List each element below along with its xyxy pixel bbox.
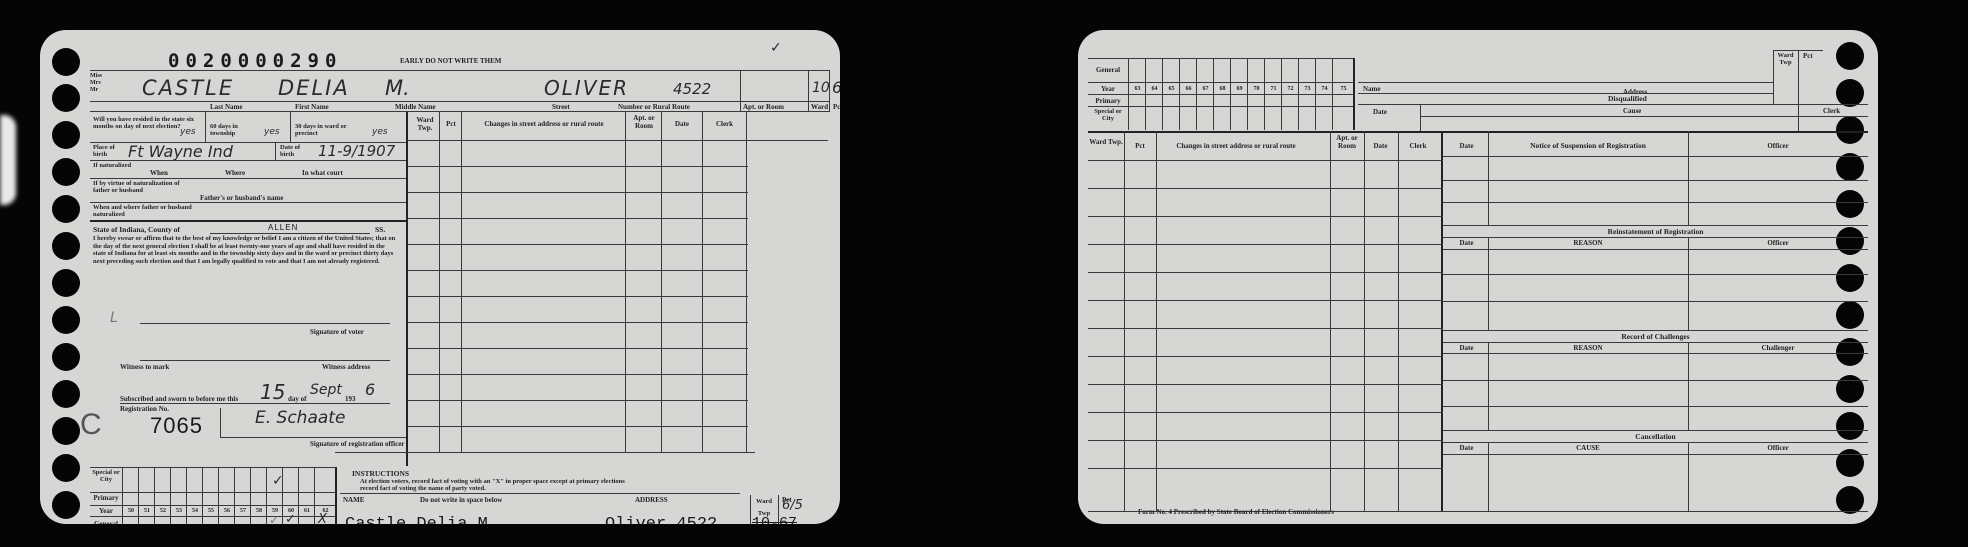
change-header-pct: Pct bbox=[440, 120, 462, 128]
year-column: 74 bbox=[1315, 58, 1333, 130]
residency-state-answer: yes bbox=[180, 127, 196, 137]
punch-hole bbox=[1836, 79, 1864, 107]
subscribed-month: Sept bbox=[310, 382, 342, 398]
year-column: 65 bbox=[1162, 58, 1180, 130]
year-column: 70 bbox=[1247, 58, 1265, 130]
divider bbox=[1358, 82, 1773, 83]
grid-label-special: Special or City bbox=[1088, 108, 1128, 122]
suspension-header-date: Date bbox=[1445, 142, 1488, 150]
punch-hole bbox=[52, 491, 80, 519]
year-column: 51 bbox=[138, 467, 155, 524]
instructions-title: INSTRUCTIONS bbox=[352, 470, 409, 478]
divider bbox=[1488, 237, 1489, 330]
grid-label-year: Year bbox=[90, 507, 122, 515]
cancellation-title: Cancellation bbox=[1443, 433, 1868, 441]
cancellation-header-date: Date bbox=[1445, 444, 1488, 452]
divider bbox=[90, 220, 406, 222]
year-label: 72 bbox=[1282, 85, 1299, 93]
reinstatement-header-date: Date bbox=[1445, 239, 1488, 247]
year-column: 53 bbox=[170, 467, 187, 524]
ward-value: 10 bbox=[812, 80, 830, 96]
divider bbox=[1488, 131, 1489, 225]
vote-mark-special-59: ✓ bbox=[272, 473, 284, 489]
year-column: 58 bbox=[250, 467, 267, 524]
date-of-birth-label: Date of birth bbox=[280, 144, 310, 158]
punch-hole bbox=[1836, 153, 1864, 181]
divider bbox=[275, 142, 276, 160]
father-name-label: Father's or husband's name bbox=[200, 194, 283, 202]
year-label: 67 bbox=[1197, 85, 1214, 93]
row-line bbox=[408, 322, 748, 323]
grid-label-year: Year bbox=[1088, 85, 1128, 93]
county-value: ALLEN bbox=[268, 223, 298, 232]
header-apt: Apt. or Room bbox=[743, 103, 784, 111]
challenges-header-reason: REASON bbox=[1488, 344, 1688, 352]
naturalized-label: If naturalized bbox=[93, 162, 133, 169]
reinstatement-header-officer: Officer bbox=[1688, 239, 1868, 247]
divider bbox=[1773, 50, 1823, 51]
year-column: 73 bbox=[1298, 58, 1316, 130]
divider bbox=[746, 112, 747, 452]
row-line bbox=[1088, 300, 1443, 301]
row-line bbox=[408, 374, 748, 375]
reinstatement-title: Reinstatement of Registration bbox=[1443, 228, 1868, 236]
change-header-address: Changes in street address or rural route bbox=[1156, 142, 1316, 150]
year-column: 55 bbox=[202, 467, 219, 524]
year-label: 63 bbox=[1129, 85, 1146, 93]
row-line bbox=[1088, 244, 1443, 245]
row-line bbox=[1443, 442, 1868, 443]
change-header-apt: Apt. or Room bbox=[1330, 134, 1364, 150]
punch-hole bbox=[1836, 42, 1864, 70]
residency-township-answer: yes bbox=[264, 127, 280, 137]
year-label: 70 bbox=[1248, 85, 1265, 93]
salutation-mr: Mr bbox=[90, 87, 102, 94]
divider bbox=[439, 112, 440, 452]
punch-hole bbox=[1836, 486, 1864, 514]
grid-label-general: General bbox=[90, 520, 122, 524]
disq-ward-label: Ward Twp bbox=[1773, 52, 1798, 66]
naturalized-court-label: In what court bbox=[302, 169, 343, 177]
year-label: 52 bbox=[155, 507, 171, 515]
signature-of-voter-label: Signature of voter bbox=[310, 328, 364, 336]
serial-note: EARLY DO NOT WRITE THEM bbox=[400, 57, 501, 65]
row-line bbox=[1443, 380, 1868, 381]
row-line bbox=[408, 140, 828, 141]
witness-line bbox=[140, 360, 390, 361]
row-line bbox=[1088, 412, 1443, 413]
challenges-title: Record of Challenges bbox=[1443, 333, 1868, 341]
punch-hole bbox=[52, 269, 80, 297]
year-label: 64 bbox=[1146, 85, 1163, 93]
row-line bbox=[408, 270, 748, 271]
year-label: 50 bbox=[123, 507, 139, 515]
disq-name-label: Name bbox=[1363, 85, 1381, 93]
punch-hole bbox=[52, 232, 80, 260]
disq-cause-label: Cause bbox=[1623, 107, 1641, 115]
cancellation-header-officer: Officer bbox=[1688, 444, 1868, 452]
year-column: 61 bbox=[298, 467, 315, 524]
header-pct: Pct bbox=[833, 103, 840, 111]
year-label: 51 bbox=[139, 507, 155, 515]
row-line bbox=[1443, 454, 1868, 455]
punch-hole bbox=[52, 121, 80, 149]
subscribed-year-prefix: 193 bbox=[345, 395, 356, 403]
year-label: 53 bbox=[171, 507, 187, 515]
oath-text: I hereby swear or affirm that to the bes… bbox=[93, 235, 398, 265]
row-line bbox=[1443, 301, 1868, 302]
row-line bbox=[1443, 180, 1868, 181]
row-line bbox=[408, 400, 748, 401]
row-line bbox=[1443, 202, 1868, 203]
typed-name: Castle Delia M bbox=[345, 515, 488, 524]
first-name-value: DELIA bbox=[278, 76, 350, 100]
grid-label-general: General bbox=[1088, 66, 1128, 74]
vote-mark-general-62: X bbox=[318, 512, 327, 524]
residency-ward-question: 30 days in ward or precinct bbox=[295, 123, 365, 137]
punch-hole bbox=[52, 84, 80, 112]
year-label: 65 bbox=[1163, 85, 1180, 93]
subscribed-day-of-label: day of bbox=[288, 395, 306, 403]
father-naturalized-label: When and where father or husband natural… bbox=[93, 204, 193, 218]
divider bbox=[120, 403, 390, 404]
year-column: 71 bbox=[1264, 58, 1282, 130]
divider bbox=[290, 112, 291, 142]
divider bbox=[1488, 442, 1489, 511]
oath-ss: SS. bbox=[375, 226, 385, 234]
serial-number: 0020000290 bbox=[168, 50, 342, 72]
divider bbox=[1420, 104, 1421, 131]
header-middle-name: Middle Name bbox=[395, 103, 436, 111]
house-number-value: 4522 bbox=[673, 80, 711, 98]
grid-label-primary: Primary bbox=[90, 494, 122, 502]
year-label: 69 bbox=[1231, 85, 1248, 93]
place-of-birth-value: Ft Wayne Ind bbox=[128, 142, 233, 161]
header-ward: Ward bbox=[811, 103, 828, 111]
row-line bbox=[408, 244, 748, 245]
divider bbox=[1088, 131, 1868, 133]
row-line bbox=[1088, 440, 1443, 441]
row-line bbox=[408, 348, 748, 349]
residency-township-question: 60 days in township bbox=[210, 123, 260, 137]
divider bbox=[740, 70, 741, 112]
header-first-name: First Name bbox=[295, 103, 329, 111]
divider bbox=[808, 70, 809, 112]
divider bbox=[220, 437, 406, 438]
row-line bbox=[1443, 342, 1868, 343]
change-header-ward: Ward Twp. bbox=[1088, 138, 1124, 146]
row-line bbox=[1088, 468, 1443, 469]
registration-no-label: Registration No. bbox=[120, 405, 169, 413]
vote-mark-general-59: ✓ bbox=[269, 513, 279, 524]
row-line bbox=[1088, 272, 1443, 273]
registration-card-back: General Year Primary Special or City 63 … bbox=[1078, 30, 1878, 524]
year-column: 54 bbox=[186, 467, 203, 524]
row-line bbox=[1443, 156, 1868, 157]
registration-number: 7065 bbox=[150, 413, 203, 439]
form-footer: Form No. 4 Prescribed by State Board of … bbox=[1138, 508, 1334, 516]
subscribed-year-suffix: 6 bbox=[365, 380, 375, 399]
divider bbox=[1420, 116, 1868, 117]
witness-to-mark-label: Witness to mark bbox=[120, 363, 169, 371]
naturalized-when-label: When bbox=[150, 169, 168, 177]
salutation-mrs: Mrs bbox=[90, 80, 102, 87]
row-line bbox=[408, 166, 748, 167]
year-column: 57 bbox=[234, 467, 251, 524]
row-line bbox=[408, 296, 748, 297]
year-column: 56 bbox=[218, 467, 235, 524]
punch-hole bbox=[52, 195, 80, 223]
place-of-birth-label: Place of birth bbox=[93, 144, 123, 158]
punch-hole bbox=[52, 380, 80, 408]
year-label: 68 bbox=[1214, 85, 1231, 93]
year-column: 64 bbox=[1145, 58, 1163, 130]
vote-mark-general-60: ✓ bbox=[285, 512, 296, 524]
divider bbox=[205, 112, 206, 142]
middle-name-value: M. bbox=[385, 76, 410, 100]
divider bbox=[1798, 50, 1799, 104]
punch-hole bbox=[1836, 190, 1864, 218]
row-line bbox=[1088, 328, 1443, 329]
punch-hole bbox=[52, 158, 80, 186]
witness-address-label: Witness address bbox=[322, 363, 370, 371]
change-header-clerk: Clerk bbox=[1398, 142, 1438, 150]
reinstatement-header-reason: REASON bbox=[1488, 239, 1688, 247]
suspension-header-notice: Notice of Suspension of Registration bbox=[1488, 142, 1688, 150]
divider bbox=[340, 493, 740, 494]
typed-ward-pct-new: 6/5 bbox=[782, 498, 803, 513]
row-line bbox=[1443, 249, 1868, 250]
row-line bbox=[1443, 353, 1868, 354]
year-column: 63 bbox=[1128, 58, 1146, 130]
header-street: Street bbox=[552, 103, 570, 111]
disq-date-label: Date bbox=[1373, 108, 1387, 116]
county-underline bbox=[210, 233, 370, 234]
row-line bbox=[335, 452, 755, 453]
row-line bbox=[408, 426, 748, 427]
subscribed-day: 15 bbox=[260, 380, 285, 404]
registration-card-front: 0020000290 EARLY DO NOT WRITE THEM ✓ Mis… bbox=[40, 30, 840, 524]
row-line bbox=[1088, 384, 1443, 385]
officer-signature: E. Schaate bbox=[255, 408, 345, 428]
year-label: 55 bbox=[203, 507, 219, 515]
divider bbox=[625, 112, 626, 452]
punch-hole bbox=[1836, 116, 1864, 144]
row-line bbox=[1088, 188, 1443, 189]
letter-mark: C bbox=[80, 408, 102, 442]
divider bbox=[829, 70, 830, 112]
last-name-value: CASTLE bbox=[142, 76, 234, 100]
street-value: OLIVER bbox=[544, 76, 629, 100]
naturalized-where-label: Where bbox=[225, 169, 245, 177]
date-of-birth-value: 11-9/1907 bbox=[318, 142, 395, 160]
divider bbox=[90, 101, 830, 102]
cancellation-header-cause: CAUSE bbox=[1488, 444, 1688, 452]
year-label: 71 bbox=[1265, 85, 1282, 93]
year-label: 75 bbox=[1333, 85, 1354, 93]
punch-hole bbox=[1836, 301, 1864, 329]
salutation-miss: Miss bbox=[90, 73, 102, 80]
row-line bbox=[1443, 274, 1868, 275]
divider bbox=[1688, 342, 1689, 430]
row-line bbox=[408, 218, 748, 219]
year-label: 61 bbox=[299, 507, 315, 515]
punch-hole bbox=[52, 48, 80, 76]
divider bbox=[90, 178, 406, 179]
divider bbox=[1358, 104, 1868, 105]
change-header-pct: Pct bbox=[1124, 142, 1156, 150]
suspension-header-officer: Officer bbox=[1688, 142, 1868, 150]
year-label: 73 bbox=[1299, 85, 1316, 93]
year-column: 66 bbox=[1179, 58, 1197, 130]
divider bbox=[1798, 104, 1799, 131]
change-header-ward: Ward Twp. bbox=[410, 116, 440, 132]
divider bbox=[90, 111, 830, 112]
year-label: 57 bbox=[235, 507, 251, 515]
voter-signature-line bbox=[140, 323, 390, 324]
voter-signature-faint: L bbox=[110, 310, 118, 326]
pct-value: 67 bbox=[832, 78, 840, 97]
year-column: 75 bbox=[1332, 58, 1354, 130]
residency-ward-answer: yes bbox=[372, 127, 388, 137]
grid-label-primary: Primary bbox=[1088, 97, 1128, 105]
typed-address: Oliver 4522 bbox=[605, 515, 717, 524]
year-label: 66 bbox=[1180, 85, 1197, 93]
divider bbox=[90, 160, 406, 161]
row-line bbox=[1443, 406, 1868, 407]
punch-hole bbox=[52, 306, 80, 334]
year-column: 50 bbox=[122, 467, 139, 524]
naturalization-by-virtue-label: If by virtue of naturalization of father… bbox=[93, 180, 188, 194]
divider bbox=[90, 70, 830, 71]
subscribed-label: Subscribed and sworn to before me this bbox=[120, 395, 238, 403]
scan-artifact bbox=[0, 115, 16, 205]
row-line bbox=[408, 192, 748, 193]
year-column: 68 bbox=[1213, 58, 1231, 130]
change-header-address: Changes in street address or rural route bbox=[464, 120, 624, 128]
year-column: 69 bbox=[1230, 58, 1248, 130]
year-label: 54 bbox=[187, 507, 203, 515]
typed-name-label: NAME bbox=[343, 496, 364, 504]
year-column: 67 bbox=[1196, 58, 1214, 130]
salutation-labels: Miss Mrs Mr bbox=[90, 73, 102, 94]
row-line bbox=[1088, 216, 1443, 217]
row-line bbox=[1088, 356, 1443, 357]
punch-hole bbox=[52, 454, 80, 482]
challenges-header-challenger: Challenger bbox=[1688, 344, 1868, 352]
grid-label-special: Special or City bbox=[90, 469, 122, 483]
divider bbox=[1488, 342, 1489, 430]
year-label: 74 bbox=[1316, 85, 1333, 93]
year-column: 52 bbox=[154, 467, 171, 524]
divider bbox=[220, 408, 221, 438]
divider bbox=[461, 112, 462, 452]
punch-hole bbox=[1836, 264, 1864, 292]
challenges-header-date: Date bbox=[1445, 344, 1488, 352]
typed-address-label: ADDRESS bbox=[635, 496, 668, 504]
corner-check-mark: ✓ bbox=[770, 40, 782, 56]
disq-pct-label: Pct bbox=[1803, 52, 1813, 60]
change-header-clerk: Clerk bbox=[703, 120, 746, 128]
change-header-date: Date bbox=[1364, 142, 1397, 150]
divider bbox=[90, 202, 406, 203]
officer-signature-label: Signature of registration officer bbox=[310, 440, 404, 448]
oath-state-line: State of Indiana, County of bbox=[93, 226, 180, 234]
disq-clerk-label: Clerk bbox=[1823, 107, 1840, 115]
instructions-text-2: record fact of voting the name of party … bbox=[360, 485, 486, 493]
header-last-name: Last Name bbox=[210, 103, 242, 111]
divider bbox=[661, 112, 662, 452]
typed-no-write-label: Do not write in space below bbox=[420, 496, 502, 504]
disq-title: Disqualified bbox=[1608, 95, 1647, 103]
typed-ward-pct-old: 10-67 bbox=[752, 515, 797, 524]
row-line bbox=[1443, 330, 1868, 331]
row-line bbox=[1443, 237, 1868, 238]
divider bbox=[1358, 93, 1773, 94]
year-label: 58 bbox=[251, 507, 267, 515]
divider bbox=[1688, 131, 1689, 225]
row-line bbox=[1443, 225, 1868, 226]
year-column: 72 bbox=[1281, 58, 1299, 130]
change-header-date: Date bbox=[662, 120, 702, 128]
divider bbox=[1688, 442, 1689, 511]
row-line bbox=[1088, 160, 1443, 161]
divider bbox=[1688, 237, 1689, 330]
change-header-apt: Apt. or Room bbox=[626, 114, 662, 130]
year-label: 56 bbox=[219, 507, 235, 515]
divider bbox=[702, 112, 703, 452]
header-number: Number or Rural Route bbox=[618, 103, 690, 111]
row-line bbox=[1443, 430, 1868, 431]
punch-hole bbox=[52, 417, 80, 445]
punch-hole bbox=[52, 343, 80, 371]
